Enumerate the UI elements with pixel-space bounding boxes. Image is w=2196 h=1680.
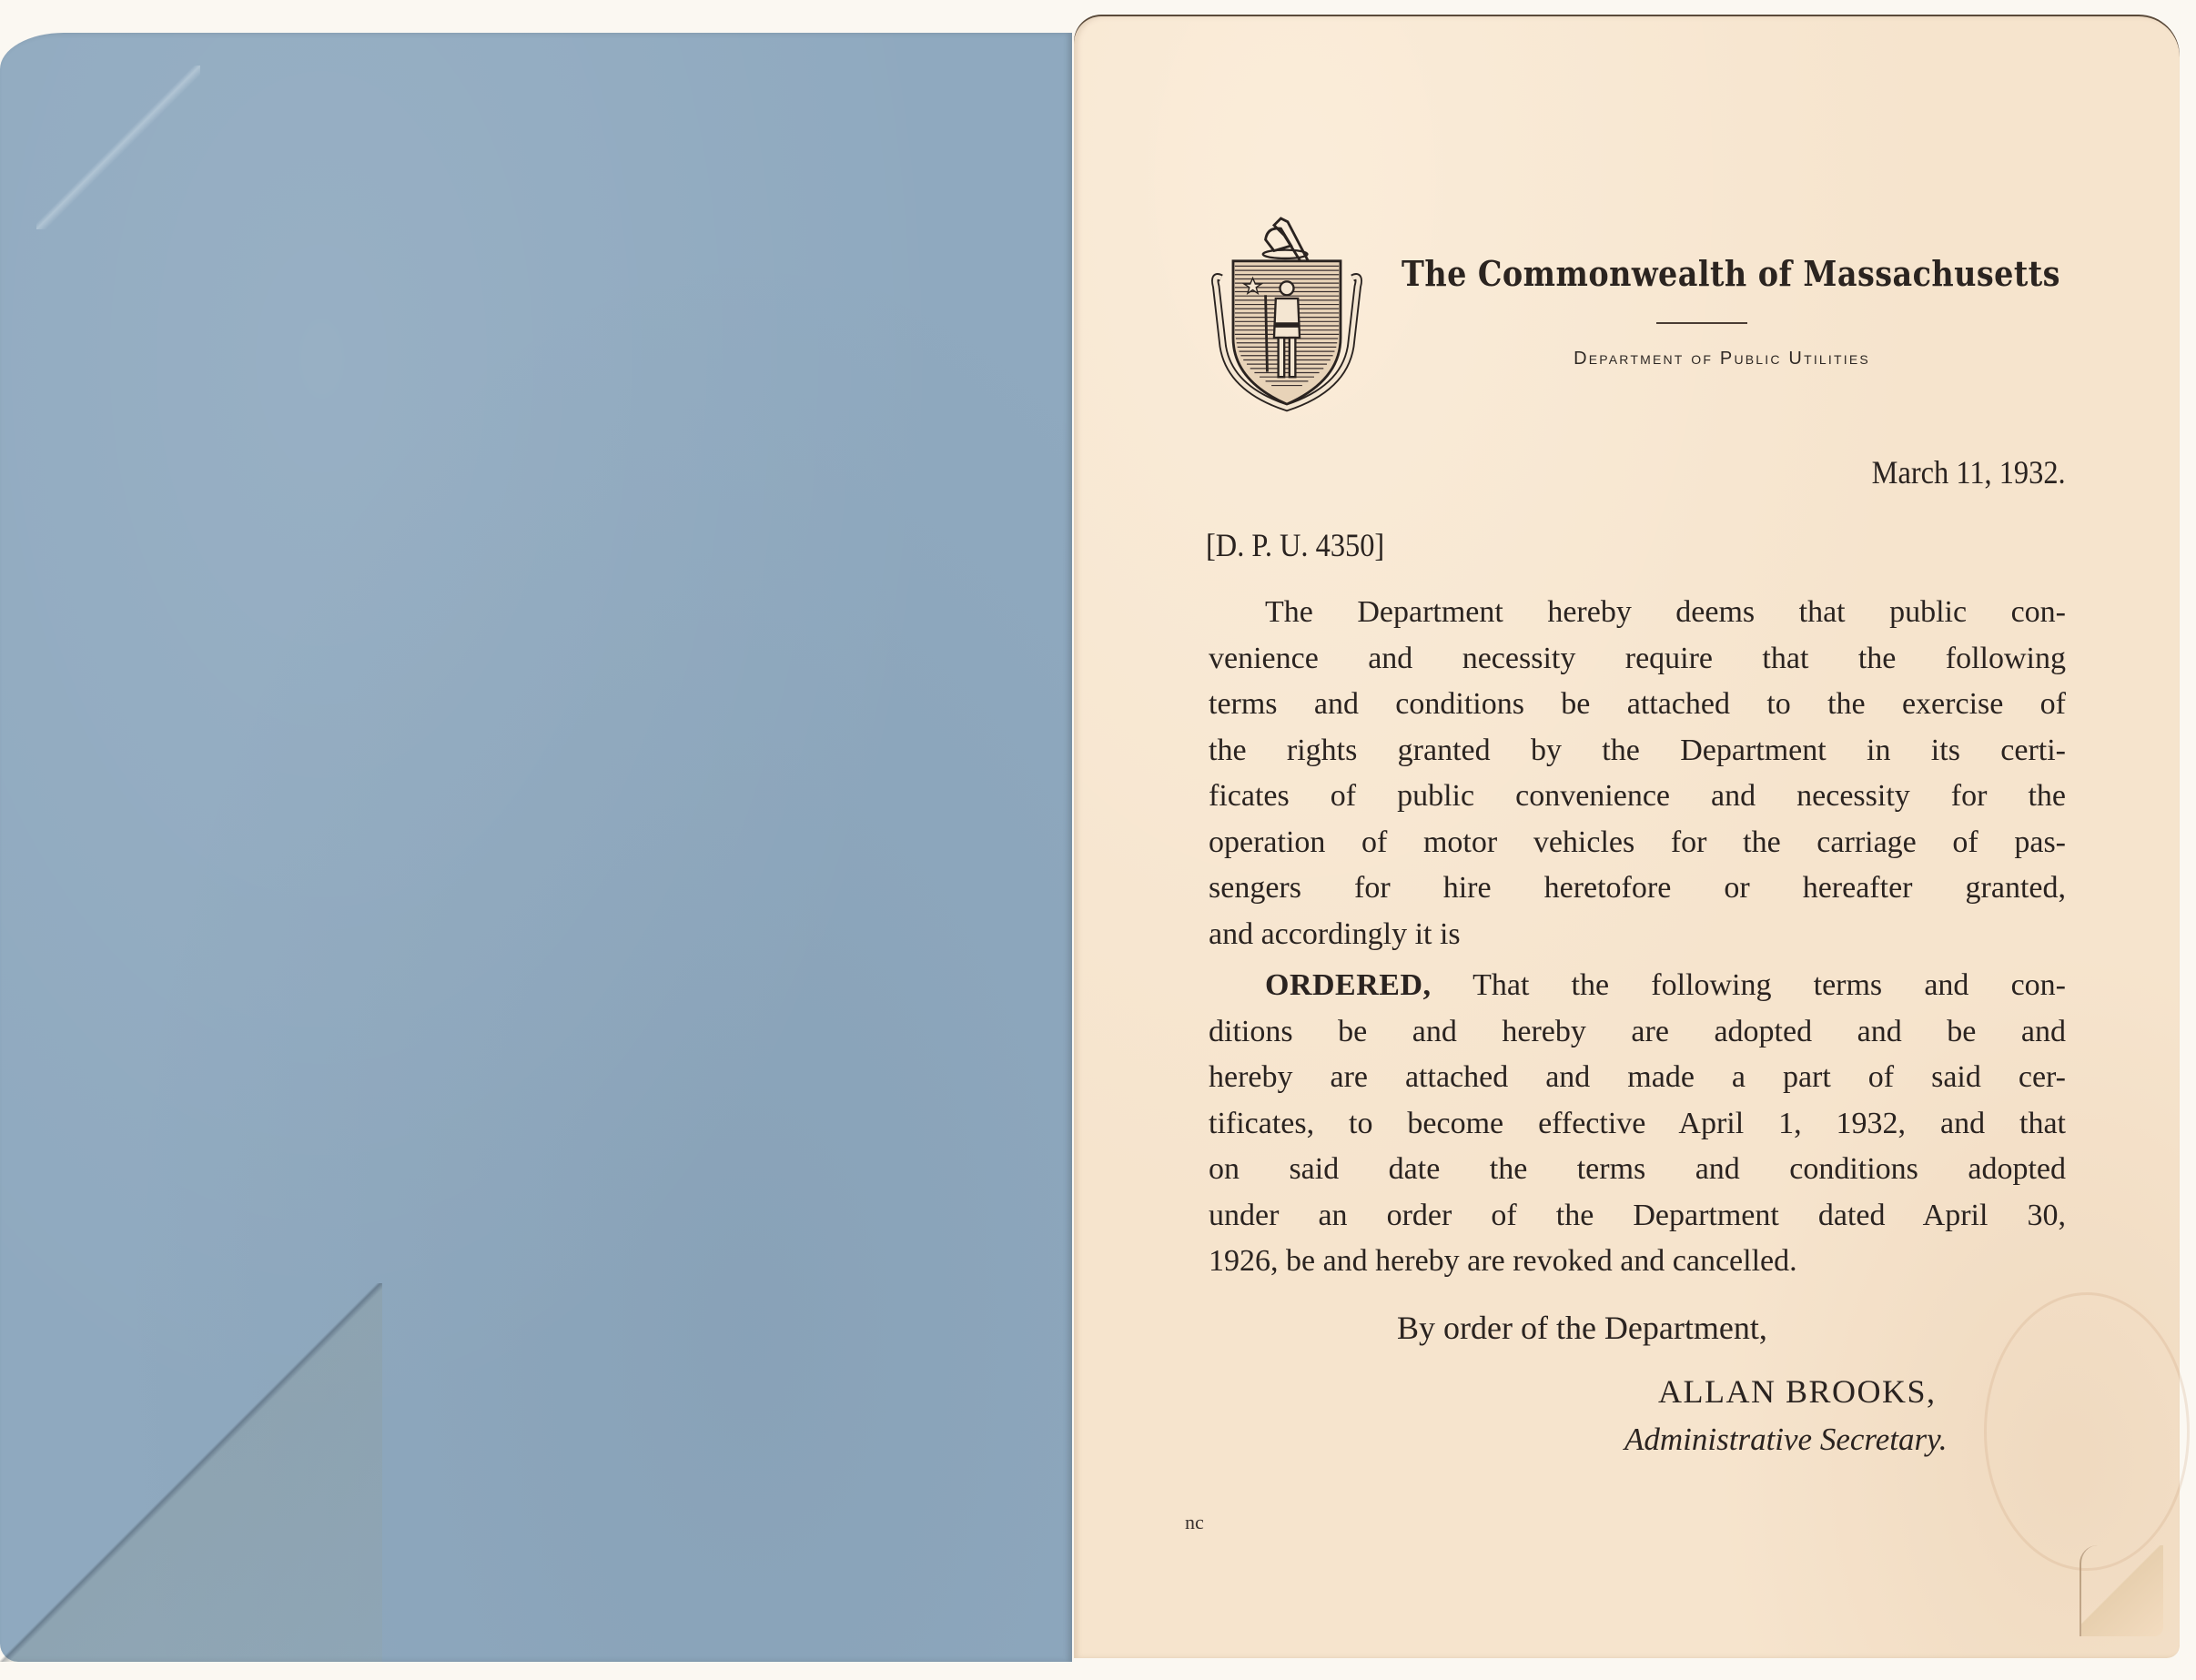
text-line: under an order of the Department dated A… xyxy=(1209,1193,2066,1240)
text-line: sengers for hire heretofore or hereafter… xyxy=(1209,865,2066,912)
text-line: ditions be and hereby are adopted and be… xyxy=(1209,1009,2066,1056)
text-line: operation of motor vehicles for the carr… xyxy=(1209,820,2066,866)
closing-line: By order of the Department, xyxy=(1397,1309,1767,1347)
text-line: venience and necessity require that the … xyxy=(1209,636,2066,683)
text-line: ORDERED, That the following terms and co… xyxy=(1209,963,2066,1009)
text-line: and accordingly it is xyxy=(1209,912,2066,958)
text-line: tificates, to become effective April 1, … xyxy=(1209,1101,2066,1148)
document-date: March 11, 1932. xyxy=(1872,453,2066,491)
text-line: hereby are attached and made a part of s… xyxy=(1209,1055,2066,1101)
printer-mark: nc xyxy=(1185,1511,1204,1534)
letterhead-title: The Commonwealth of Massachusetts xyxy=(1402,253,1970,294)
signer-title: Administrative Secretary. xyxy=(1624,1422,1947,1458)
preamble-paragraph: The Department hereby deems that public … xyxy=(1209,590,2066,957)
divider-rule xyxy=(1656,322,1747,324)
text-line: the rights granted by the Department in … xyxy=(1209,728,2066,774)
state-seal-icon xyxy=(1206,207,1368,417)
department-name: Department of Public Utilities xyxy=(1513,349,1931,369)
ordered-lead: ORDERED, xyxy=(1265,968,1432,1002)
docket-number: [D. P. U. 4350] xyxy=(1206,526,1384,564)
folded-corner xyxy=(0,1283,382,1662)
text-line: ficates of public convenience and necess… xyxy=(1209,774,2066,820)
text-line: terms and conditions be attached to the … xyxy=(1209,682,2066,728)
paper-crease xyxy=(36,66,200,229)
text-line: The Department hereby deems that public … xyxy=(1209,590,2066,636)
order-paragraph: ORDERED, That the following terms and co… xyxy=(1209,963,2066,1285)
signer-name: ALLAN BROOKS, xyxy=(1658,1372,1937,1411)
text-fragment: That the following terms and con- xyxy=(1432,968,2066,1002)
text-line: 1926, be and hereby are revoked and canc… xyxy=(1209,1239,2066,1285)
text-line: on said date the terms and conditions ad… xyxy=(1209,1147,2066,1193)
water-stain xyxy=(1984,1292,2190,1571)
